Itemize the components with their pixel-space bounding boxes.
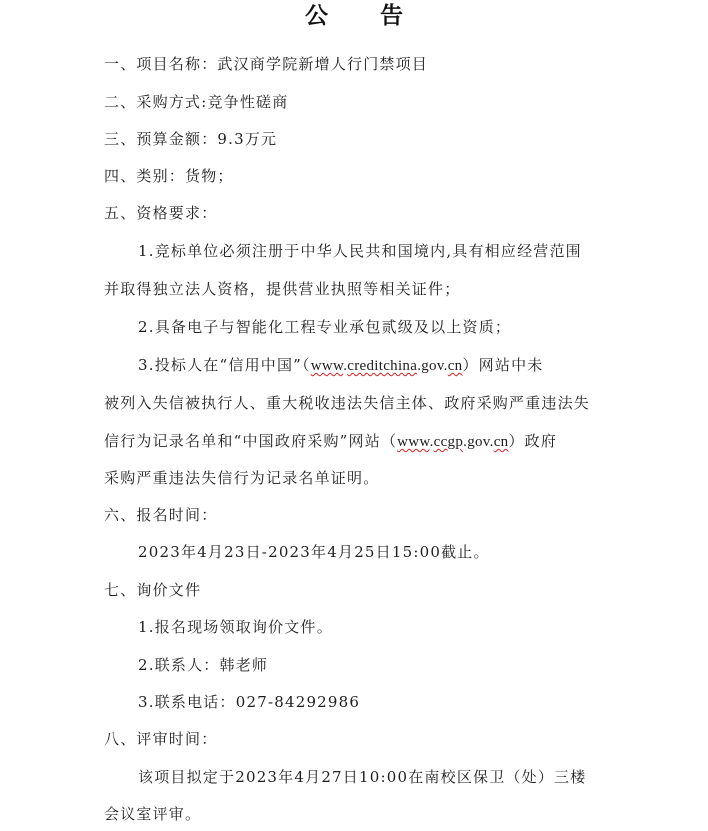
- inquiry-contact-phone: 3.联系电话：027-84292986: [138, 692, 360, 712]
- qualification-item-3-line-2: 被列入失信被执行人、重大税收违法失信主体、政府采购严重违法失: [104, 393, 590, 413]
- ccgp-url-www: www: [397, 434, 429, 450]
- registration-time-detail: 2023年4月23日-2023年4月25日15:00截止。: [138, 542, 490, 562]
- qualification-item-3-line-4: 采购严重违法失信行为记录名单证明。: [104, 468, 379, 488]
- section-inquiry-documents: 七、询价文件: [104, 580, 201, 600]
- qualification-item-3-line-1: 3.投标人在“信用中国”（www.creditchina.gov.cn）网站中未: [138, 355, 544, 376]
- inquiry-item-1: 1.报名现场领取询价文件。: [138, 617, 333, 637]
- ccgp-url-domain: ccgp: [434, 434, 464, 450]
- creditchina-url-cn: cn: [448, 358, 463, 374]
- item-3-line-3-prefix: 信行为记录名单和“中国政府采购”网站（: [104, 432, 397, 450]
- review-time-line-2: 会议室评审。: [104, 804, 201, 824]
- item-3-suffix: ）网站中未: [462, 356, 543, 374]
- qualification-item-3-line-3: 信行为记录名单和“中国政府采购”网站（www.ccgp.gov.cn）政府: [104, 431, 557, 452]
- creditchina-url-domain: creditchina: [347, 358, 417, 374]
- section-project-name: 一、项目名称：武汉商学院新增人行门禁项目: [104, 54, 428, 74]
- section-review-time: 八、评审时间：: [104, 729, 217, 749]
- qualification-item-1-line-2: 并取得独立法人资格，提供营业执照等相关证件；: [104, 279, 460, 299]
- page-title: 公 告: [0, 0, 708, 32]
- creditchina-url-gov: .gov.: [417, 358, 448, 374]
- item-3-prefix: 3.投标人在“信用中国”（: [138, 356, 311, 374]
- ccgp-url-cn: cn: [494, 434, 509, 450]
- qualification-item-2: 2.具备电子与智能化工程专业承包贰级及以上资质；: [138, 317, 511, 337]
- review-time-line-1: 该项目拟定于2023年4月27日10:00在南校区保卫（处）三楼: [138, 767, 586, 787]
- inquiry-contact-person: 2.联系人：韩老师: [138, 655, 268, 675]
- announcement-page: 公 告 一、项目名称：武汉商学院新增人行门禁项目 二、采购方式:竞争性磋商 三、…: [0, 0, 708, 831]
- item-3-line-3-suffix: ）政府: [508, 432, 557, 450]
- section-budget: 三、预算金额：9.3万元: [104, 129, 277, 149]
- section-registration-time: 六、报名时间：: [104, 505, 217, 525]
- ccgp-url-gov: .gov.: [463, 434, 494, 450]
- creditchina-url-www: www: [311, 358, 343, 374]
- section-qualifications: 五、资格要求：: [104, 203, 217, 223]
- section-category: 四、类别：货物；: [104, 166, 234, 186]
- qualification-item-1-line-1: 1.竞标单位必须注册于中华人民共和国境内,具有相应经营范围: [138, 241, 582, 261]
- section-procurement-method: 二、采购方式:竞争性磋商: [104, 92, 288, 112]
